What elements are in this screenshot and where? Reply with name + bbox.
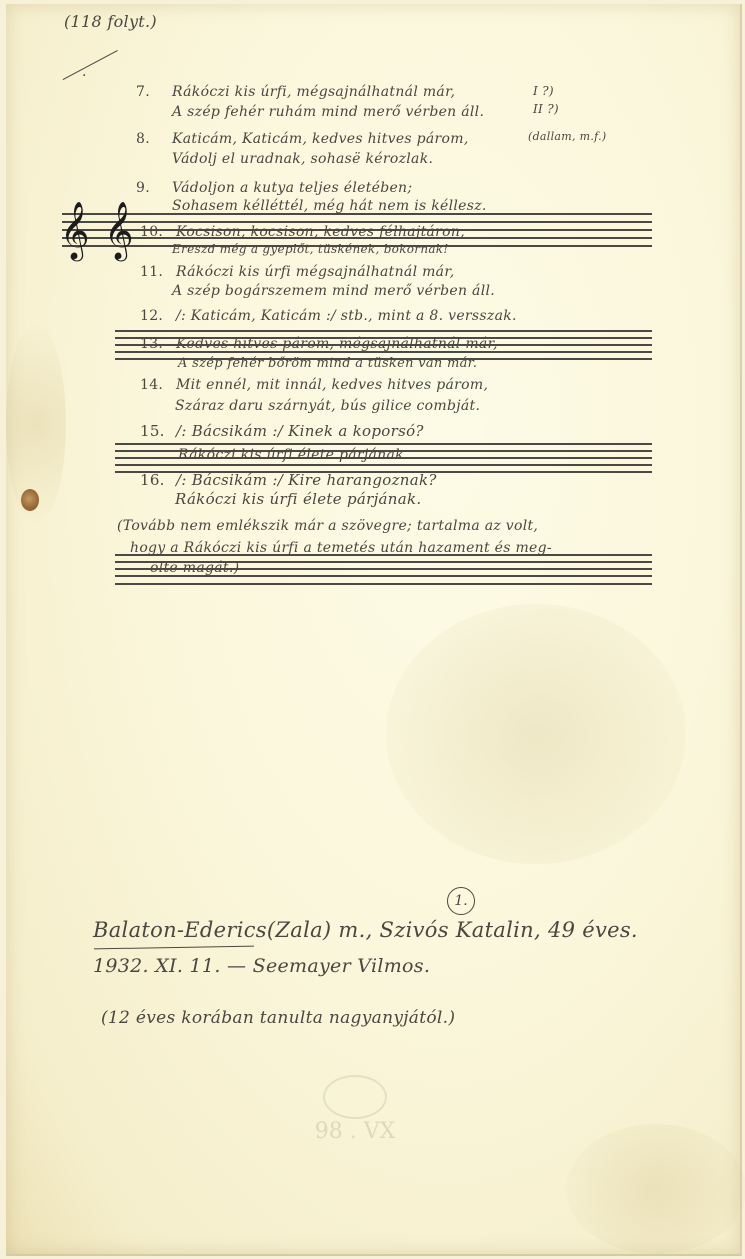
verse-line: Száraz daru szárnyát, bús gilice combját… bbox=[175, 398, 480, 414]
punch-hole bbox=[21, 489, 39, 511]
closing-note-line: (Tovább nem emlékszik már a szövegre; ta… bbox=[117, 518, 538, 534]
date-collector: 1932. XI. 11. — Seemayer Vilmos. bbox=[93, 955, 430, 977]
paper-stain bbox=[566, 1124, 745, 1254]
verse-line: A szép fehér bőröm mind a tüsken van már… bbox=[178, 356, 477, 371]
verse-line: Rákóczi kis úrfi élete párjának. bbox=[178, 447, 409, 463]
treble-clef-icon: 𝄞 bbox=[104, 205, 134, 255]
verse-line: Kocsison, kocsison, kedves félhajtáron, bbox=[176, 224, 465, 240]
source-place: Balaton-Ederics bbox=[93, 918, 267, 942]
margin-note: I ?) bbox=[533, 84, 554, 98]
treble-clef-icon: 𝄞 bbox=[60, 205, 90, 255]
page-header: (118 folyt.) bbox=[64, 12, 157, 31]
verse-line: Mit ennél, mit innál, kedves hitves páro… bbox=[176, 377, 488, 393]
closing-note-line: hogy a Rákóczi kis úrfi a temetés után h… bbox=[130, 540, 552, 556]
verse-line: Vádolj el uradnak, sohasë kérozlak. bbox=[172, 151, 433, 167]
stamp-text: 98 . VX bbox=[300, 1119, 410, 1144]
circled-number: 1. bbox=[447, 887, 475, 915]
intro-dots: · bbox=[82, 68, 87, 84]
source-note: (12 éves korában tanulta nagyanyjától.) bbox=[101, 1008, 455, 1028]
stamp-seal-icon bbox=[323, 1075, 387, 1119]
verse-line: Rákóczi kis úrfi, mégsajnálhatnál már, bbox=[172, 84, 455, 100]
verse-line: Ereszd még a gyeplőt, tüskének, bokornak… bbox=[172, 242, 449, 256]
verse-line: A szép fehér ruhám mind merő vérben áll. bbox=[172, 104, 484, 120]
closing-note-line: ölte magát.) bbox=[150, 560, 239, 576]
paper-stain bbox=[386, 604, 686, 864]
verse-line: Vádoljon a kutya teljes életében; bbox=[172, 180, 412, 196]
verse-line: /: Katicám, Katicám :/ stb., mint a 8. v… bbox=[176, 308, 517, 324]
faint-stamp: 98 . VX bbox=[300, 1075, 410, 1155]
verse-line: Rákóczi kis úrfi élete párjának. bbox=[175, 490, 421, 508]
verse-line: Sohasem kélléttél, még hát nem is kélles… bbox=[172, 198, 487, 214]
verse-line: A szép bogárszemem mind merő vérben áll. bbox=[172, 283, 495, 299]
verse-line: Rákóczi kis úrfi mégsajnálhatnál már, bbox=[176, 264, 455, 280]
source-place-line: Balaton-Ederics(Zala) m., Szivós Katalin… bbox=[93, 918, 638, 942]
verse-line: /: Bácsikám :/ Kinek a koporsó? bbox=[176, 422, 424, 440]
verse-line: Katicám, Katicám, kedves hitves párom, bbox=[172, 131, 469, 147]
source-place-suffix: (Zala) m., Szivós Katalin, 49 éves. bbox=[267, 918, 638, 942]
verse-line: /: Bácsikám :/ Kire harangoznak? bbox=[176, 471, 437, 489]
verse-line: Kedves hitves párom, mégsajnálhatnál már… bbox=[176, 336, 498, 352]
margin-note: (dallam, m.f.) bbox=[528, 130, 607, 143]
margin-note: II ?) bbox=[533, 102, 559, 116]
